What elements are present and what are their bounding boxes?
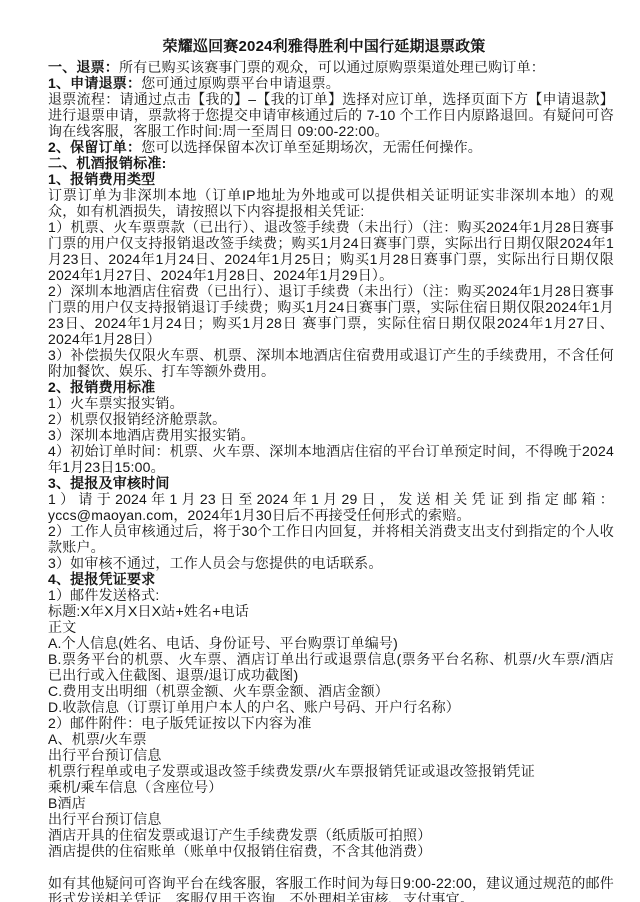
paragraph-refund-process: 退票流程：请通过点击【我的】–【我的订单】选择对应订单，选择页面下方【申请退款】… [48,91,614,139]
paragraph-email-format: 1）邮件发送格式: [48,587,614,603]
paragraph-text: C.费用支出明细（机票金额、火车票金额、酒店金额） [48,683,389,699]
paragraph-text: 1）请于2024年1月23日至2024年1月29日，发送相关凭证到指定邮箱：yc… [48,491,614,523]
paragraph-text: 1）火车票实报实销。 [48,395,184,411]
paragraph-email-body-label: 正文 [48,619,614,635]
paragraph-text: 2）深圳本地酒店住宿费（已出行）、退订手续费（未出行）（注：购买2024年1月2… [48,283,614,347]
paragraph-text: A、机票/火车票 [48,731,147,747]
paragraph-payee-info: D.收款信息（订票订单用户本人的户名、账户号码、开户行名称） [48,699,614,715]
paragraph-text: 出行平台预订信息 [48,747,162,763]
heading-fee-type: 1、报销费用类型 [48,171,614,187]
paragraph-closing-notice: 如有其他疑问可咨询平台在线客服，客服工作时间为每日9:00-22:00，建议通过… [48,875,614,902]
paragraph-order-time-limit: 4）初始订单时间：机票、火车票、深圳本地酒店住宿的平台订单预定时间，不得晚于20… [48,443,614,475]
paragraph-attachment-rule: 2）邮件附件：电子版凭证按以下内容为准 [48,715,614,731]
paragraph-review-reply: 2）工作人员审核通过后，将于30个工作日内回复，并将相关消费支出支付到指定的个人… [48,523,614,555]
paragraph-text: 正文 [48,619,76,635]
paragraph-text: 酒店提供的住宿账单（账单中仅报销住宿费，不含其他消费） [48,843,431,859]
paragraph-flight-standard: 2）机票仅报销经济舱票款。 [48,411,614,427]
paragraph-text: A.个人信息(姓名、电话、身份证号、平台购票订单编号) [48,635,398,651]
paragraph-text: B.票务平台的机票、火车票、酒店订单出行或退票信息(票务平台名称、机票/火车票/… [48,651,614,683]
paragraph-hotel-section-label: B酒店 [48,795,614,811]
paragraph-text: 3）补偿损失仅限火车票、机票、深圳本地酒店住宿费用或退订产生的手续费用，不含任何… [48,347,614,379]
heading-text: 2、报销费用标准 [48,379,155,395]
paragraph-bold-prefix: 1、申请退票： [48,75,141,91]
paragraph-text: 退票流程：请通过点击【我的】–【我的订单】选择对应订单，选择页面下方【申请退款】… [48,91,614,139]
paragraph-hotel-invoice: 酒店开具的住宿发票或退订产生手续费发票（纸质版可拍照） [48,827,614,843]
paragraph-platform-info: B.票务平台的机票、火车票、酒店订单出行或退票信息(票务平台名称、机票/火车票/… [48,651,614,683]
paragraph-ticket-vouchers: 机票行程单或电子发票或退改签手续费发票/火车票报销凭证或退改签报销凭证 [48,763,614,779]
paragraph-text: 1）邮件发送格式: [48,587,159,603]
paragraph-text: 如有其他疑问可咨询平台在线客服，客服工作时间为每日9:00-22:00，建议通过… [48,875,614,902]
heading-text: 二、机酒报销标准: [48,155,166,171]
heading-fee-standard: 2、报销费用标准 [48,379,614,395]
heading-voucher-requirements: 4、提报凭证要求 [48,571,614,587]
paragraph-expense-detail: C.费用支出明细（机票金额、火车票金额、酒店金额） [48,683,614,699]
paragraph-booking-info-hotel: 出行平台预订信息 [48,811,614,827]
paragraph-train-standard: 1）火车票实报实销。 [48,395,614,411]
paragraph-text: 机票行程单或电子发票或退改签手续费发票/火车票报销凭证或退改签报销凭证 [48,763,535,779]
paragraph-email-subject: 标题:X年X月X日X站+姓名+电话 [48,603,614,619]
paragraph-hotel-fee: 2）深圳本地酒店住宿费（已出行）、退订手续费（未出行）（注：购买2024年1月2… [48,283,614,347]
paragraph-text: 您可以选择保留本次订单至延期场次，无需任何操作。 [141,139,482,155]
policy-document: 荣耀巡回赛2024利雅得胜利中国行延期退票政策 一、退票：所有已购买该赛事门票的… [0,0,640,902]
paragraph-text: 3）深圳本地酒店费用实报实销。 [48,427,255,443]
paragraph-hotel-bill: 酒店提供的住宿账单（账单中仅报销住宿费，不含其他消费） [48,843,614,859]
paragraph-text: 出行平台预订信息 [48,811,162,827]
paragraph-text: 2）机票仅报销经济舱票款。 [48,411,226,427]
paragraph-flight-train-fee: 1）机票、火车票票款（已出行）、退改签手续费（未出行）（注：购买2024年1月2… [48,219,614,283]
paragraph-text: 2）邮件附件：电子版凭证按以下内容为准 [48,715,312,731]
paragraph-text: 1）机票、火车票票款（已出行）、退改签手续费（未出行）（注：购买2024年1月2… [48,219,614,283]
paragraph-text: 您可通过原购票平台申请退票。 [141,75,340,91]
paragraph-text: 4）初始订单时间：机票、火车票、深圳本地酒店住宿的平台订单预定时间，不得晚于20… [48,443,614,475]
paragraph-bold-prefix: 一、退票： [48,59,119,75]
paragraph-apply-refund: 1、申请退票：您可通过原购票平台申请退票。 [48,75,614,91]
paragraph-personal-info: A.个人信息(姓名、电话、身份证号、平台购票订单编号) [48,635,614,651]
paragraph-seat-info: 乘机/乘车信息（含座位号） [48,779,614,795]
paragraph-hotel-standard: 3）深圳本地酒店费用实报实销。 [48,427,614,443]
paragraph-review-fail: 3）如审核不通过，工作人员会与您提供的电话联系。 [48,555,614,571]
paragraph-text: 所有已购买该赛事门票的观众，可以通过原购票渠道处理已购订单： [119,59,545,75]
paragraph-text: 3）如审核不通过，工作人员会与您提供的电话联系。 [48,555,383,571]
paragraph-ticket-section-label: A、机票/火车票 [48,731,614,747]
paragraph-compensation-scope: 3）补偿损失仅限火车票、机票、深圳本地酒店住宿费用或退订产生的手续费用，不含任何… [48,347,614,379]
page-title: 荣耀巡回赛2024利雅得胜利中国行延期退票政策 [34,38,614,55]
paragraph-text: B酒店 [48,795,86,811]
paragraph-text: D.收款信息（订票订单用户本人的户名、账户号码、开户行名称） [48,699,460,715]
paragraph-booking-info-ticket: 出行平台预订信息 [48,747,614,763]
heading-text: 4、提报凭证要求 [48,571,155,587]
paragraph-text: 2）工作人员审核通过后，将于30个工作日内回复，并将相关消费支出支付到指定的个人… [48,523,614,555]
heading-text: 1、报销费用类型 [48,171,155,187]
heading-reimbursement-standard: 二、机酒报销标准: [48,155,614,171]
paragraph-text: 乘机/乘车信息（含座位号） [48,779,223,795]
heading-review-time: 3、提报及审核时间 [48,475,614,491]
paragraph-submission-window: 1）请于2024年1月23日至2024年1月29日，发送相关凭证到指定邮箱：yc… [48,491,614,523]
paragraph-nonlocal-notice: 订票订单为非深圳本地（订单IP地址为外地或可以提供相关证明证实非深圳本地）的观众… [48,187,614,219]
paragraph-text: 订票订单为非深圳本地（订单IP地址为外地或可以提供相关证明证实非深圳本地）的观众… [48,187,614,219]
paragraph-text: 酒店开具的住宿发票或退订产生手续费发票（纸质版可拍照） [48,827,431,843]
paragraph-text: 标题:X年X月X日X站+姓名+电话 [48,603,249,619]
heading-text: 3、提报及审核时间 [48,475,170,491]
paragraph-refund-intro: 一、退票：所有已购买该赛事门票的观众，可以通过原购票渠道处理已购订单： [48,59,614,75]
paragraph-bold-prefix: 2、保留订单： [48,139,141,155]
paragraph-keep-order: 2、保留订单：您可以选择保留本次订单至延期场次，无需任何操作。 [48,139,614,155]
